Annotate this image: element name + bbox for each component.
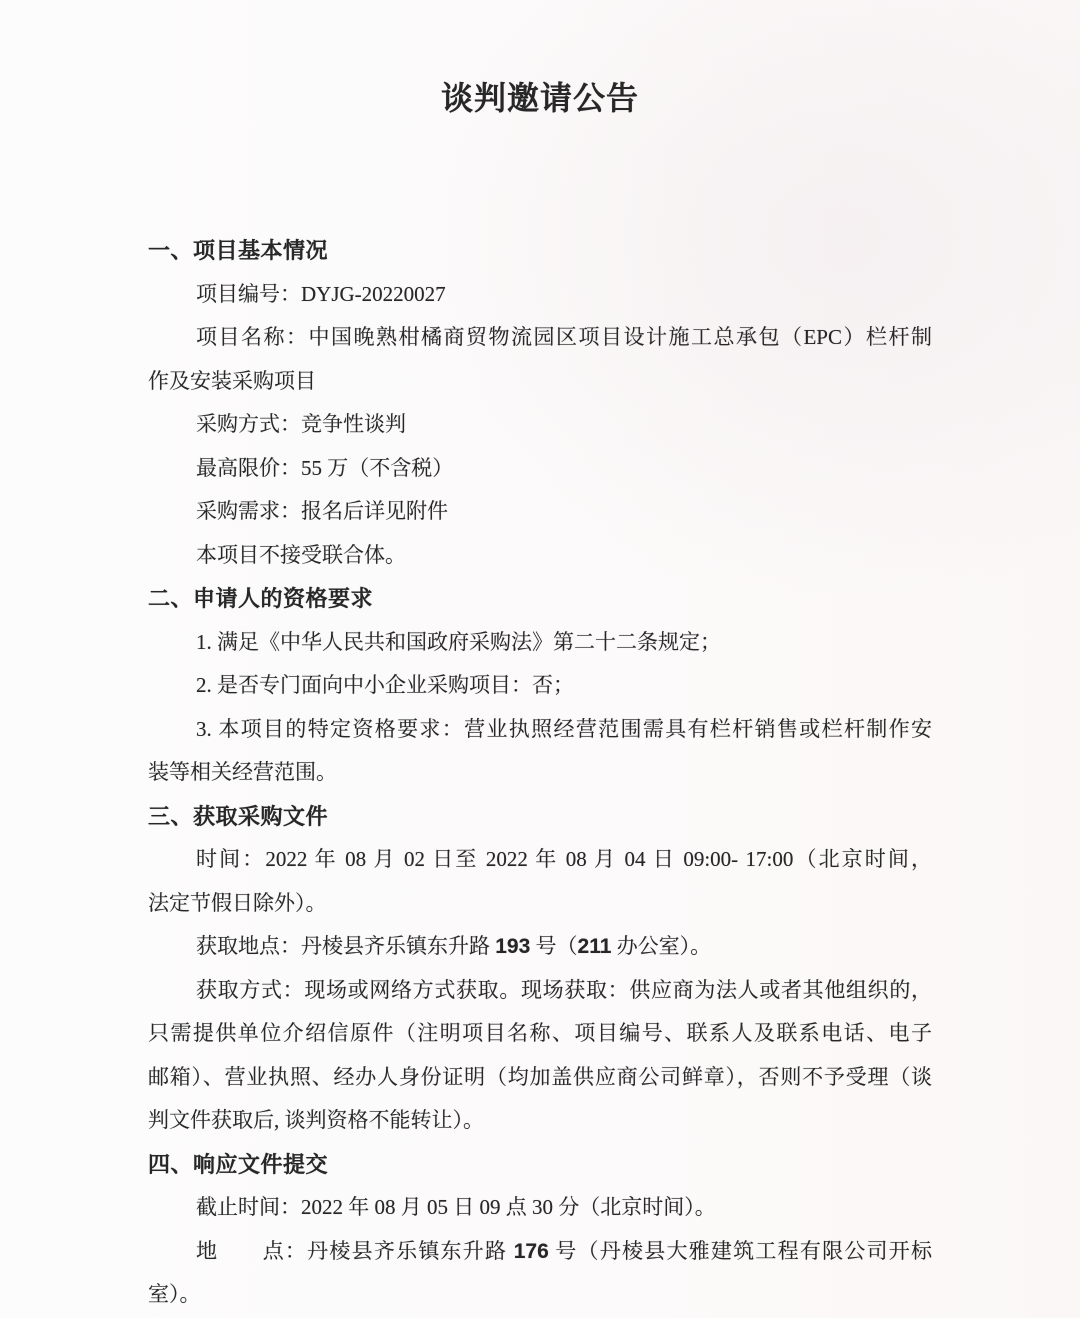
text-run: 邮箱）、营业执照、经办人身份证明（均加盖供应商公司鲜章），否则不予受理（谈 [148,1065,932,1089]
text-run: 获取地点：丹棱县齐乐镇东升路 [196,934,495,958]
text-run: 项目编号：DYJG-20220027 [196,282,446,306]
text-run: 装等相关经营范围。 [148,760,337,784]
document-line: 邮箱）、营业执照、经办人身份证明（均加盖供应商公司鲜章），否则不予受理（谈 [148,1056,932,1100]
document-line: 项目编号：DYJG-20220027 [148,273,932,317]
document-line: 作及安装采购项目 [148,360,932,404]
text-run: 截止时间：2022 年 08 月 05 日 09 点 30 分（北京时间）。 [196,1195,716,1219]
document-line: 项目名称：中国晚熟柑橘商贸物流园区项目设计施工总承包（EPC）栏杆制 [148,316,932,360]
document-line: 获取地点：丹棱县齐乐镇东升路 193 号（211 办公室）。 [148,925,932,969]
text-run: 法定节假日除外）。 [148,891,327,915]
document-line: 只需提供单位介绍信原件（注明项目名称、项目编号、联系人及联系电话、电子 [148,1012,932,1056]
text-run: 最高限价：55 万（不含税） [196,456,453,480]
bold-number: 211 [578,935,612,958]
bold-number: 176 [514,1240,549,1263]
text-run: 3. 本项目的特定资格要求：营业执照经营范围需具有栏杆销售或栏杆制作安 [196,717,932,741]
text-run: 一、项目基本情况 [148,238,328,263]
document-line: 时间：2022 年 08 月 02 日至 2022 年 08 月 04 日 09… [148,838,932,882]
section-heading: 二、申请人的资格要求 [148,577,932,621]
section-heading: 四、响应文件提交 [148,1143,932,1187]
text-run: 采购需求：报名后详见附件 [196,499,448,523]
text-run: 三、获取采购文件 [148,804,328,829]
document-line: 3. 本项目的特定资格要求：营业执照经营范围需具有栏杆销售或栏杆制作安 [148,708,932,752]
text-run: 号（ [530,934,577,958]
text-run: 室）。 [148,1282,201,1306]
bold-number: 193 [495,935,530,958]
document-line: 法定节假日除外）。 [148,882,932,926]
text-run: 作及安装采购项目 [148,369,316,393]
document-line: 截止时间：2022 年 08 月 05 日 09 点 30 分（北京时间）。 [148,1186,932,1230]
text-run: 项目名称：中国晚熟柑橘商贸物流园区项目设计施工总承包（EPC）栏杆制 [196,325,932,349]
text-run: 采购方式：竞争性谈判 [196,412,406,436]
text-run: 二、申请人的资格要求 [148,586,373,611]
text-run: 地 点：丹棱县齐乐镇东升路 [196,1239,514,1263]
text-run: 只需提供单位介绍信原件（注明项目名称、项目编号、联系人及联系电话、电子 [148,1021,932,1045]
document-line: 采购方式：竞争性谈判 [148,403,932,447]
document-line: 本项目不接受联合体。 [148,534,932,578]
text-run: 号（丹棱县大雅建筑工程有限公司开标 [549,1239,932,1263]
text-run: 1. 满足《中华人民共和国政府采购法》第二十二条规定； [196,630,721,654]
text-run: 获取方式：现场或网络方式获取。现场获取：供应商为法人或者其他组织的， [196,978,932,1002]
document-line: 采购需求：报名后详见附件 [148,490,932,534]
text-run: 四、响应文件提交 [148,1152,328,1177]
document-title: 谈判邀请公告 [148,74,932,122]
text-run: 2. 是否专门面向中小企业采购项目：否； [196,673,574,697]
text-run: 判文件获取后, 谈判资格不能转让）。 [148,1108,484,1132]
section-heading: 三、获取采购文件 [148,795,932,839]
document-line: 2. 是否专门面向中小企业采购项目：否； [148,664,932,708]
document-line: 1. 满足《中华人民共和国政府采购法》第二十二条规定； [148,621,932,665]
document-line: 获取方式：现场或网络方式获取。现场获取：供应商为法人或者其他组织的， [148,969,932,1013]
document-line: 装等相关经营范围。 [148,751,932,795]
text-run: 时间：2022 年 08 月 02 日至 2022 年 08 月 04 日 09… [196,847,932,871]
text-run: 办公室）。 [611,934,711,958]
document-body: 一、项目基本情况项目编号：DYJG-20220027项目名称：中国晚熟柑橘商贸物… [148,229,932,1317]
document-line: 地 点：丹棱县齐乐镇东升路 176 号（丹棱县大雅建筑工程有限公司开标 [148,1230,932,1274]
text-run: 本项目不接受联合体。 [196,543,406,567]
document-line: 判文件获取后, 谈判资格不能转让）。 [148,1099,932,1143]
document-line: 室）。 [148,1273,932,1317]
section-heading: 一、项目基本情况 [148,229,932,273]
document-line: 最高限价：55 万（不含税） [148,447,932,491]
document-page: 谈判邀请公告 一、项目基本情况项目编号：DYJG-20220027项目名称：中国… [0,74,1080,1317]
